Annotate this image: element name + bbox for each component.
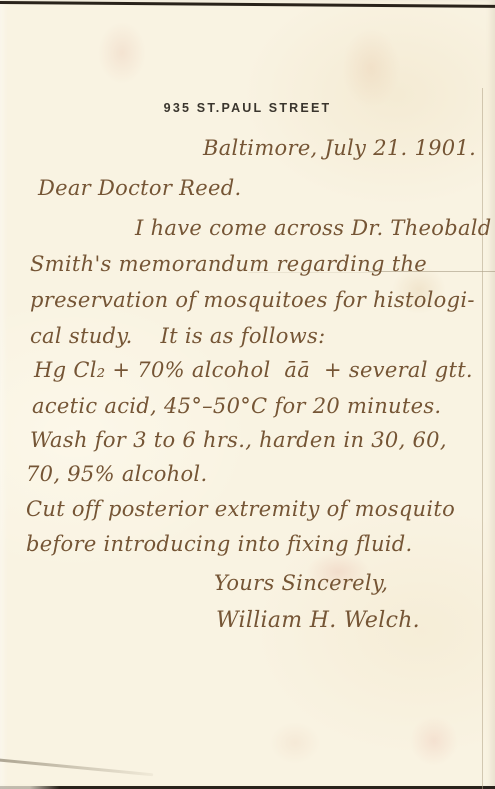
body-line: Wash for 3 to 6 hrs., harden in 30, 60, [30,428,447,452]
body-line: before introducing into fixing fluid. [26,532,413,556]
body-line: cal study. It is as follows: [30,324,325,348]
scan-top-edge [0,1,495,8]
paper-stain [410,716,458,766]
body-line: acetic acid, 45°–50°C for 20 minutes. [32,394,441,418]
dateline: Baltimore, July 21. 1901. [203,136,476,160]
body-line: Cut off posterior extremity of mosquito [26,497,455,521]
closing: Yours Sincerely, [214,571,388,595]
letterhead-address: 935 ST.PAUL STREET [0,101,495,115]
salutation: Dear Doctor Reed. [38,176,241,200]
body-line: preservation of mosquitoes for histologi… [30,288,475,312]
paper-stain [342,28,400,108]
body-line: Smith's memorandum regarding the [30,252,427,276]
signature: William H. Welch. [216,608,420,633]
paper-stain [98,22,146,84]
body-line: 70, 95% alcohol. [26,462,207,486]
letter-page: 935 ST.PAUL STREET Baltimore, July 21. 1… [0,0,495,789]
body-line: Hg Cl₂ + 70% alcohol āā + several gtt. [34,358,473,382]
vertical-fold-crease [482,88,483,789]
paper-stain [270,722,320,764]
bottom-left-crease [0,758,153,776]
body-line: I have come across Dr. Theobald [135,216,492,240]
